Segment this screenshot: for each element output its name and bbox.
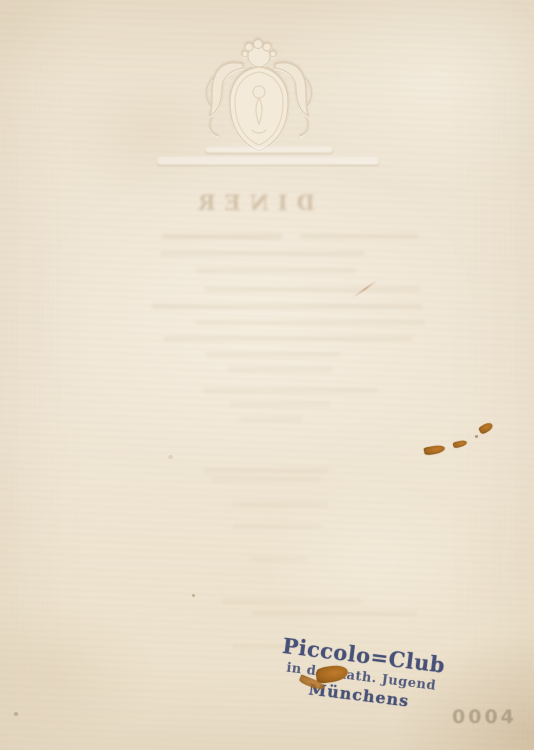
scanned-menu-card-back: DINER Piccolo=Club in der kath. Jugend M… bbox=[0, 0, 534, 750]
show-through-line bbox=[228, 367, 333, 372]
ink-stain bbox=[478, 421, 494, 435]
ink-stain bbox=[423, 444, 445, 456]
show-through-line bbox=[163, 336, 413, 341]
club-stamp: Piccolo=Club in der kath. Jugend München… bbox=[268, 632, 454, 715]
show-through-line bbox=[205, 352, 340, 357]
show-through-line bbox=[160, 251, 365, 256]
show-through-line bbox=[203, 388, 378, 393]
embossed-text-line bbox=[157, 156, 379, 165]
show-through-line bbox=[232, 502, 328, 507]
paper-speck bbox=[192, 594, 195, 597]
show-through-line bbox=[252, 611, 417, 616]
show-through-line bbox=[250, 557, 305, 562]
paper-speck bbox=[168, 455, 173, 459]
embossed-text-line bbox=[205, 146, 333, 153]
show-through-line bbox=[205, 287, 420, 292]
show-through-line bbox=[230, 402, 330, 407]
show-through-line bbox=[196, 268, 356, 273]
paper-speck bbox=[14, 712, 18, 716]
ink-stain bbox=[452, 439, 467, 448]
inventory-number: 0004 bbox=[452, 706, 517, 728]
embossed-crest-icon bbox=[188, 34, 330, 154]
show-through-line bbox=[162, 234, 282, 239]
paper-speck bbox=[475, 435, 478, 438]
show-through-line bbox=[240, 417, 302, 422]
show-through-line bbox=[233, 524, 323, 529]
show-through-line bbox=[212, 477, 320, 482]
show-through-line bbox=[195, 320, 425, 325]
show-through-line bbox=[300, 234, 418, 239]
show-through-line bbox=[204, 468, 329, 473]
show-through-line bbox=[152, 304, 422, 309]
show-through-title: DINER bbox=[186, 190, 318, 215]
show-through-line bbox=[222, 599, 362, 604]
